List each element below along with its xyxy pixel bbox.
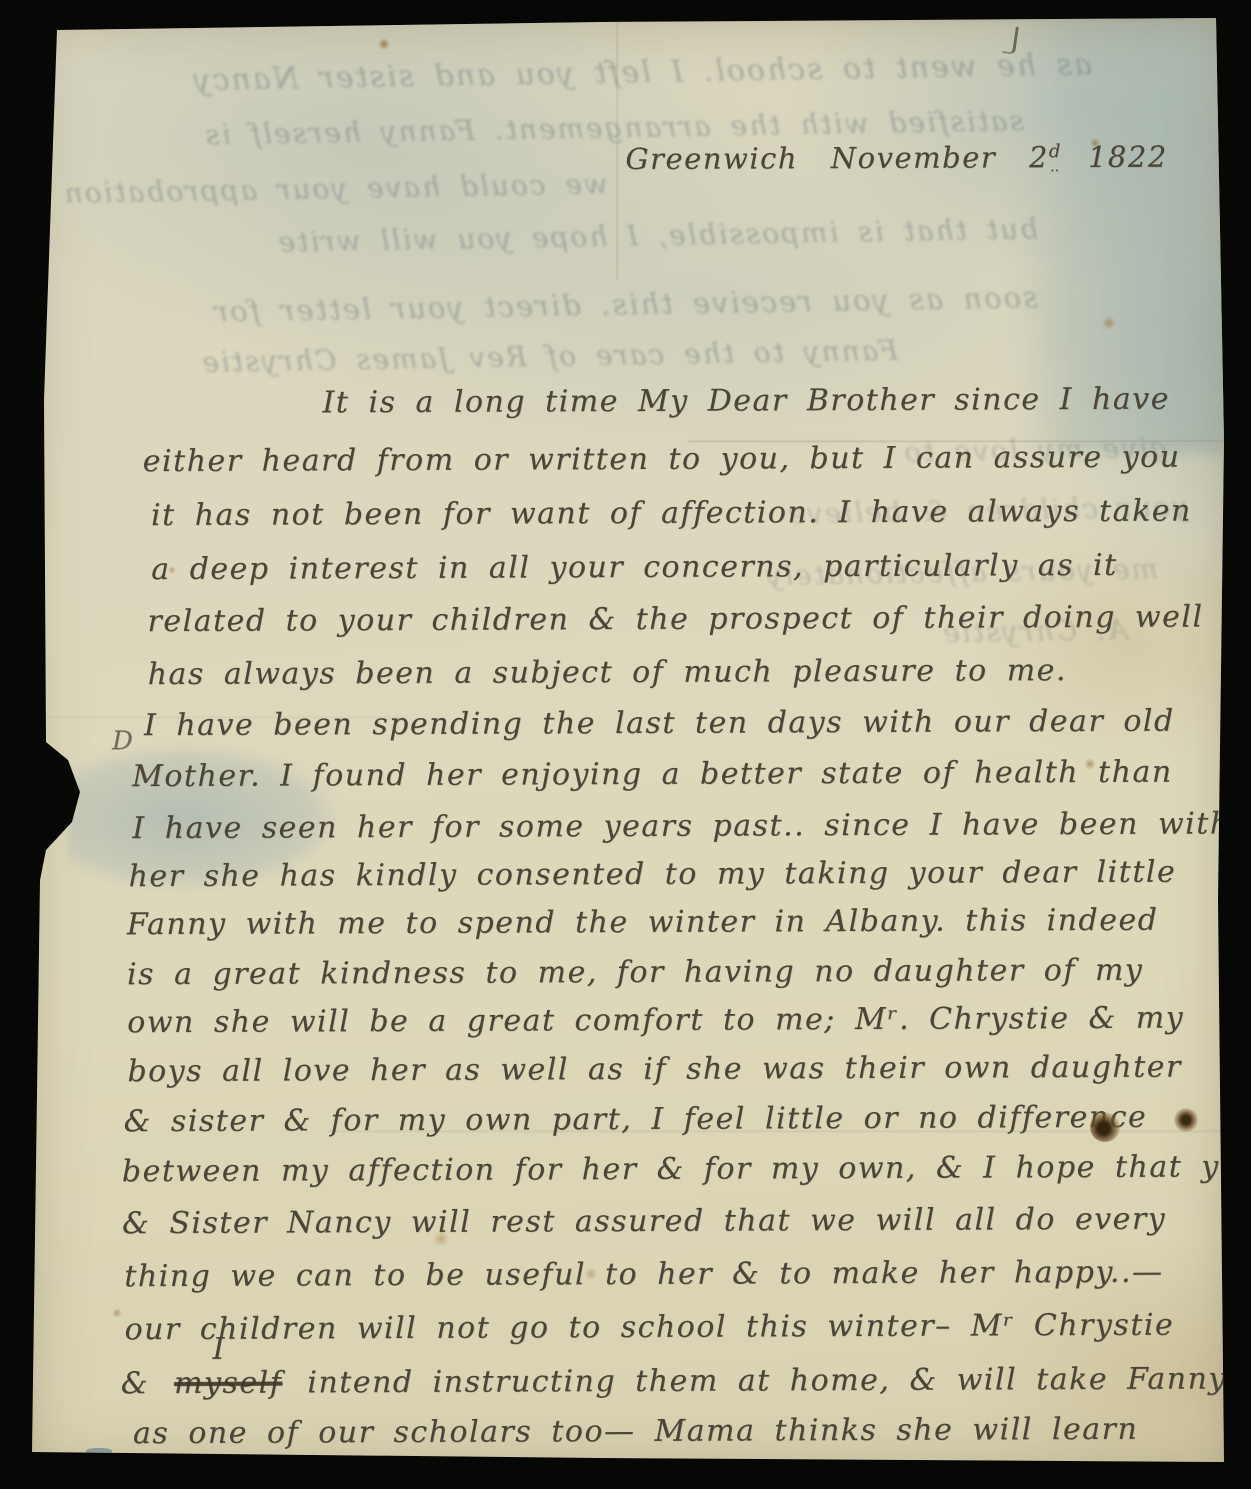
foxing-spot (584, 1268, 598, 1280)
dateline-year: 1822 (1088, 140, 1168, 174)
letter-line: I have been spending the last ten days w… (144, 704, 1175, 743)
correction-rest: intend instructing them at home, & will … (307, 1361, 1227, 1400)
letter-line: Fanny with me to spend the winter in Alb… (127, 903, 1159, 943)
dateline-suffix-marks: ‥ (1050, 159, 1059, 175)
scan-background: { "scan": { "background_color": "#070706… (0, 0, 1251, 1489)
foxing-spot (1084, 758, 1096, 770)
correction-prefix: & (121, 1366, 149, 1401)
letter-line: thing we can to be useful to her & to ma… (124, 1255, 1163, 1295)
letter-body: It is a long time My Dear Brother since … (25, 13, 1225, 18)
dateline-month: November (831, 140, 997, 175)
letter-line: related to your children & the prospect … (147, 599, 1203, 639)
letter-line: & sister & for my own part, I feel littl… (124, 1100, 1148, 1139)
letter-line-with-correction: & myself intend instructing them at home… (121, 1361, 1227, 1401)
letter-line: it has not been for want of affection. I… (151, 494, 1192, 534)
blue-edge-mark (86, 1448, 112, 1456)
letter-line: as one of our scholars too— Mama thinks … (133, 1412, 1138, 1451)
letter-page: as he went to school. I left you and sis… (28, 16, 1228, 1472)
inserted-word: I (213, 1332, 227, 1367)
letter-line: own she will be a great comfort to me; M… (127, 1001, 1184, 1041)
dateline: Greenwich November 2d‥ 1822 (625, 140, 1167, 177)
letter-line: I have seen her for some years past.. si… (132, 806, 1230, 846)
margin-mark: D (112, 726, 134, 756)
letter-line: is a great kindness to me, for having no… (127, 953, 1144, 992)
foxing-spot (1102, 316, 1116, 330)
foxing-spot (168, 566, 176, 574)
dateline-day: 2 (1029, 140, 1049, 174)
letter-line: a deep interest in all your concerns, pa… (151, 548, 1118, 587)
handwriting-layer: Greenwich November 2d‥ 1822 D It is a lo… (25, 13, 1231, 1474)
letter-line: It is a long time My Dear Brother since … (322, 382, 1170, 421)
letter-line: either heard from or written to you, but… (143, 440, 1181, 480)
letter-line: between my affection for her & for my ow… (122, 1149, 1251, 1189)
letter-line: her she has kindly consented to my takin… (128, 855, 1176, 895)
letter-line: our children will not go to school this … (124, 1308, 1174, 1348)
struck-word: myself (174, 1366, 282, 1401)
foxing-spot (112, 1308, 122, 1318)
letter-line: boys all love her as well as if she was … (127, 1050, 1182, 1090)
dateline-place: Greenwich (625, 141, 798, 176)
foxing-spot (378, 38, 390, 50)
letter-line: has always been a subject of much pleasu… (148, 653, 1067, 692)
foxing-spot (1090, 138, 1100, 148)
foxing-spot (432, 1232, 450, 1246)
ink-burn-spot (1174, 1108, 1198, 1132)
ink-burn-spot (1090, 1112, 1120, 1142)
letter-line: & Sister Nancy will rest assured that we… (122, 1202, 1166, 1242)
letter-line: Mother. I found her enjoying a better st… (132, 755, 1173, 795)
